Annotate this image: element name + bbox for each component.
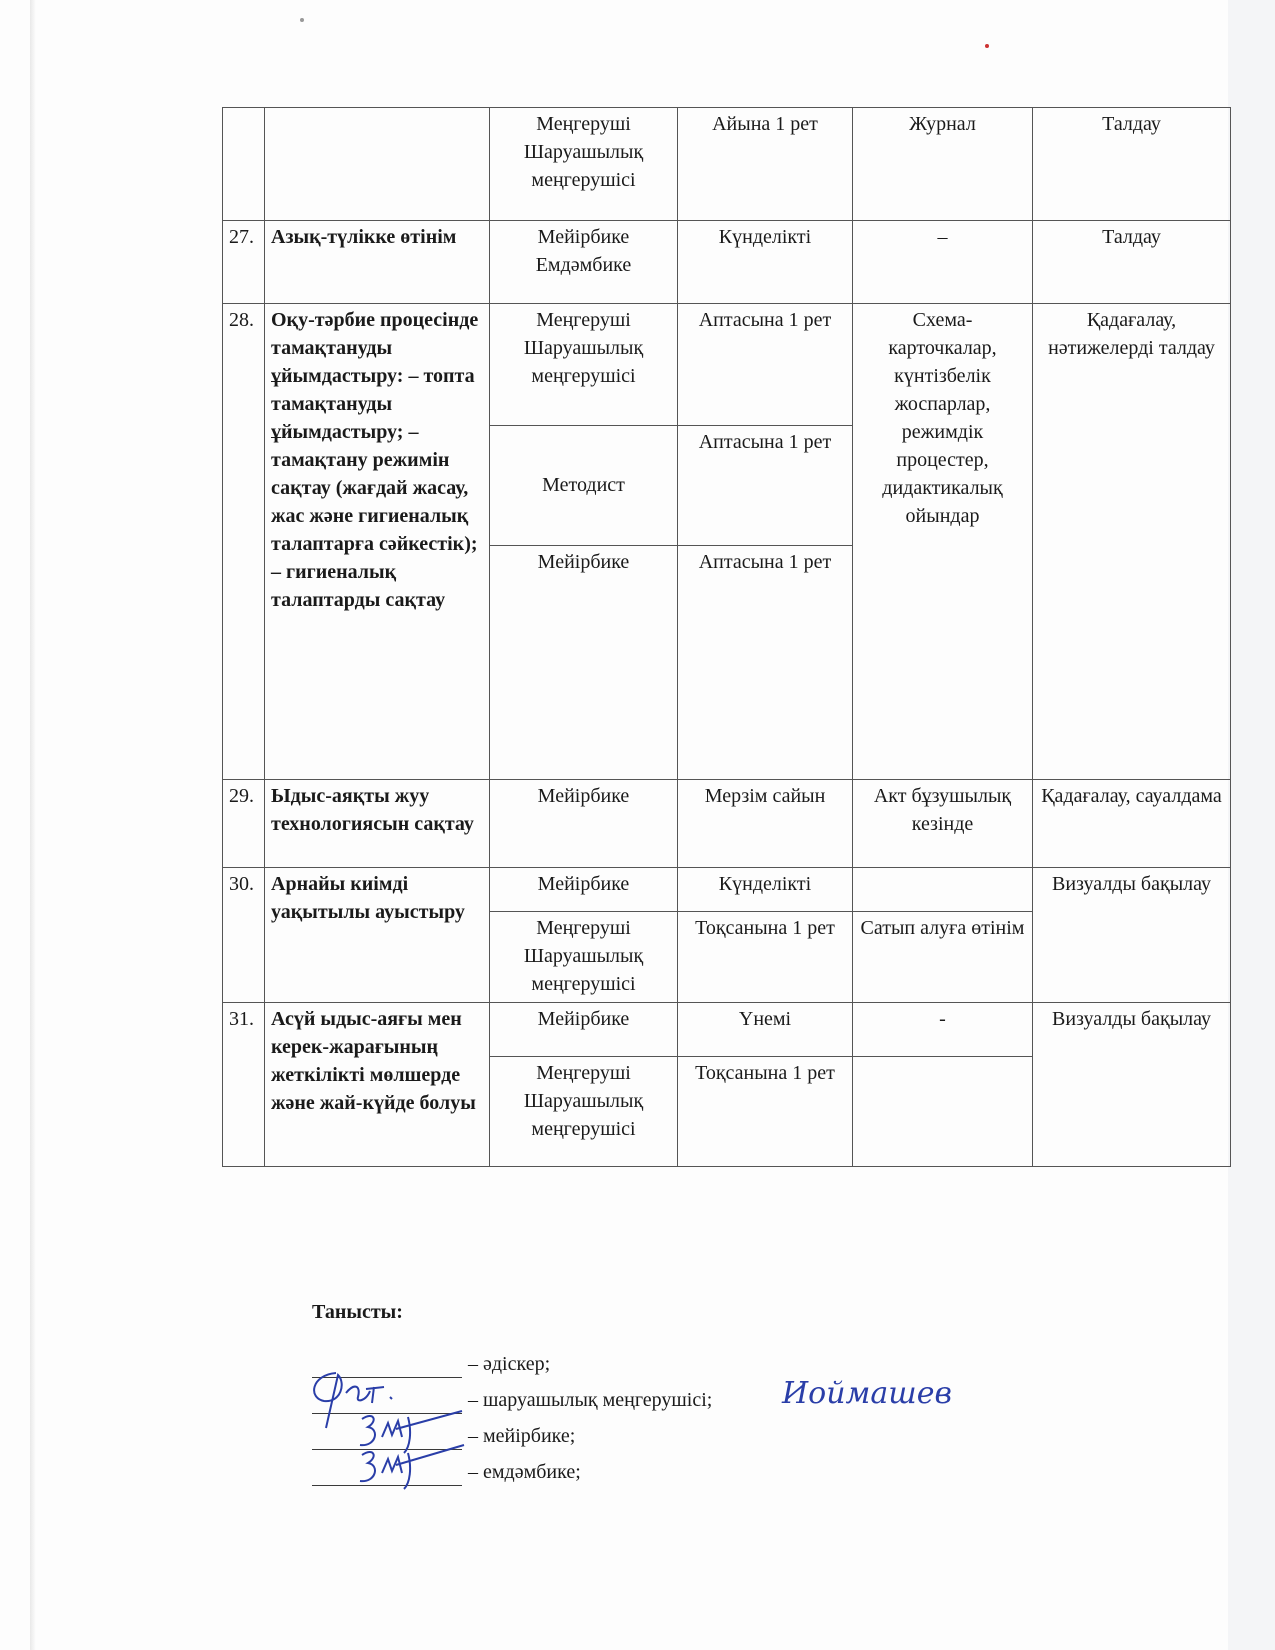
- row-number: 30.: [223, 868, 265, 1003]
- responsible-cell: Меңгеруші Шаруашылық меңгерушісі: [490, 1057, 678, 1167]
- acknowledgement-title: Танысты:: [312, 1298, 712, 1326]
- frequency-cell: Тоқсанына 1 рет: [678, 1057, 853, 1167]
- frequency-cell: Күнделікті: [678, 868, 853, 912]
- signature-role: – шаруашылық меңгерушісі;: [468, 1386, 712, 1414]
- responsible-cell: Методист: [490, 426, 678, 546]
- row-number: 27.: [223, 221, 265, 304]
- table-row: 27. Азық-түлікке өтінім Мейірбике Емдәмб…: [223, 221, 1231, 304]
- method-cell: Визуалды бақылау: [1033, 1003, 1231, 1167]
- control-item: [265, 108, 490, 221]
- responsible-cell: Мейірбике: [490, 1003, 678, 1057]
- scan-page-edge: [1228, 0, 1275, 1650]
- handwritten-name: Иоймашев: [782, 1380, 952, 1408]
- scan-edge-shadow: [30, 0, 36, 1650]
- table-row: 30. Арнайы киімді уақытылы ауыстыру Мейі…: [223, 868, 1231, 912]
- frequency-cell: Мерзім сайын: [678, 780, 853, 868]
- frequency-cell: Айына 1 рет: [678, 108, 853, 221]
- row-number: 31.: [223, 1003, 265, 1167]
- control-plan-table: Меңгеруші Шаруашылық меңгерушісі Айына 1…: [222, 107, 1231, 1167]
- document-cell: Акт бұзушылық кезінде: [853, 780, 1033, 868]
- method-cell: Талдау: [1033, 108, 1231, 221]
- responsible-cell: Мейірбике: [490, 546, 678, 780]
- row-number: 29.: [223, 780, 265, 868]
- control-item: Оқу-тәрбие процесінде тамақтануды ұйымда…: [265, 304, 490, 780]
- scan-speck: [300, 18, 304, 22]
- signature-line: [312, 1459, 462, 1486]
- frequency-cell: Аптасына 1 рет: [678, 304, 853, 426]
- signature-row: – емдәмбике;: [312, 1456, 712, 1486]
- document-cell: –: [853, 221, 1033, 304]
- frequency-cell: Аптасына 1 рет: [678, 546, 853, 780]
- frequency-cell: Күнделікті: [678, 221, 853, 304]
- method-cell: Талдау: [1033, 221, 1231, 304]
- responsible-cell: Мейірбике: [490, 868, 678, 912]
- handwritten-signature-icon: [352, 1441, 492, 1491]
- frequency-cell: Тоқсанына 1 рет: [678, 912, 853, 1003]
- document-cell: Сатып алуға өтінім: [853, 912, 1033, 1003]
- document-cell: [853, 868, 1033, 912]
- responsible-cell: Меңгеруші Шаруашылық меңгерушісі: [490, 912, 678, 1003]
- control-item: Асүй ыдыс-аяғы мен керек-жарағының жеткі…: [265, 1003, 490, 1167]
- table-row: 29. Ыдыс-аяқты жуу технологиясын сақтау …: [223, 780, 1231, 868]
- document-cell: -: [853, 1003, 1033, 1057]
- document-cell: [853, 1057, 1033, 1167]
- control-item: Азық-түлікке өтінім: [265, 221, 490, 304]
- frequency-cell: Үнемі: [678, 1003, 853, 1057]
- responsible-cell: Меңгеруші Шаруашылық меңгерушісі: [490, 304, 678, 426]
- scan-speck: [985, 44, 989, 48]
- control-item: Ыдыс-аяқты жуу технологиясын сақтау: [265, 780, 490, 868]
- document-cell: Журнал: [853, 108, 1033, 221]
- method-cell: Визуалды бақылау: [1033, 868, 1231, 1003]
- responsible-cell: Мейірбике: [490, 780, 678, 868]
- method-cell: Қадағалау, сауалдама: [1033, 780, 1231, 868]
- frequency-cell: Аптасына 1 рет: [678, 426, 853, 546]
- row-number: 28.: [223, 304, 265, 780]
- responsible-cell: Меңгеруші Шаруашылық меңгерушісі: [490, 108, 678, 221]
- document-cell: Схема-карточкалар, күнтізбелік жоспарлар…: [853, 304, 1033, 780]
- method-cell: Қадағалау, нәтижелерді талдау: [1033, 304, 1231, 780]
- table-row: 31. Асүй ыдыс-аяғы мен керек-жарағының ж…: [223, 1003, 1231, 1057]
- table-row: Меңгеруші Шаруашылық меңгерушісі Айына 1…: [223, 108, 1231, 221]
- control-item: Арнайы киімді уақытылы ауыстыру: [265, 868, 490, 1003]
- row-number: [223, 108, 265, 221]
- responsible-cell: Мейірбике Емдәмбике: [490, 221, 678, 304]
- table-row: 28. Оқу-тәрбие процесінде тамақтануды ұй…: [223, 304, 1231, 426]
- acknowledgement-block: Танысты: – әдіскер; – шаруашылық меңгеру…: [312, 1298, 712, 1492]
- signature-role: – әдіскер;: [468, 1350, 550, 1378]
